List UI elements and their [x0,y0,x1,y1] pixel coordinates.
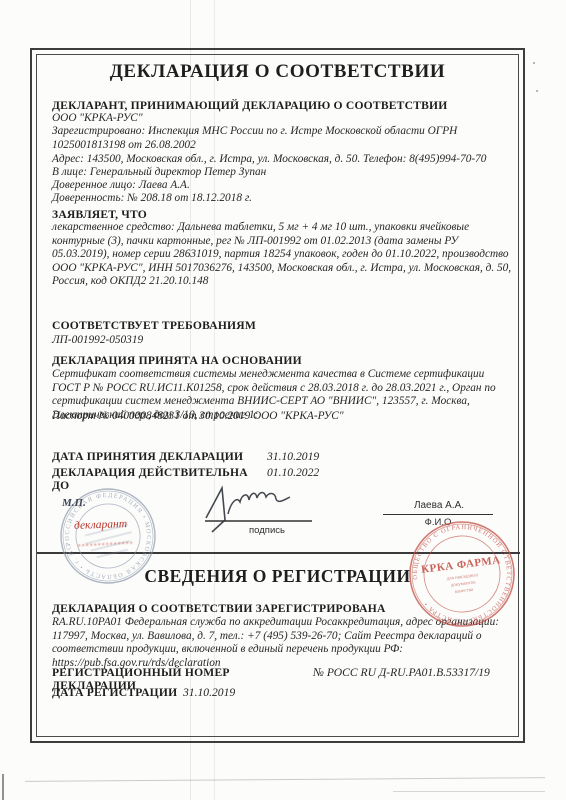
fio-name: Лаева А.А. [384,500,494,511]
registration-heading: ДЕКЛАРАЦИЯ О СООТВЕТСТВИИ ЗАРЕГИСТРИРОВА… [52,602,386,615]
basis-heading: ДЕКЛАРАЦИЯ ПРИНЯТА НА ОСНОВАНИИ [52,354,302,367]
registration-number-value: № РОСС RU Д-RU.РА01.В.53317/19 [313,666,490,692]
declares-heading: ЗАЯВЛЯЕТ, ЧТО [52,208,147,221]
scan-speck [533,62,535,64]
basis-passport: Паспорт № 040000848231 от 30.10.2019 ООО… [52,410,514,424]
declarant-note: декларант [74,518,127,532]
registration-date-row: ДАТА РЕГИСТРАЦИИ 31.10.2019 [52,686,235,699]
fio-caption: Ф.И.О [383,517,493,528]
declarant-heading: ДЕКЛАРАНТ, ПРИНИМАЮЩИЙ ДЕКЛАРАЦИЮ О СООТ… [52,99,448,112]
declarant-power-of-attorney: Доверенность: № 208.18 от 18.12.2018 г. [52,192,514,206]
registration-date-value: 31.10.2019 [183,686,235,699]
acceptance-date-label: ДАТА ПРИНЯТИЯ ДЕКЛАРАЦИИ [52,450,267,463]
declarant-trustee: Доверенное лицо: Лаева А.А. [52,179,514,193]
declarant-registered: Зарегистрировано: Инспекция МНС России п… [52,125,514,152]
section-divider [37,552,520,554]
scan-edge-mark [2,774,4,800]
complies-heading: СООТВЕТСТВУЕТ ТРЕБОВАНИЯМ [52,319,256,332]
declarant-company: ООО "КРКА-РУС" [52,112,514,126]
seal-place-label: М.П. [62,497,86,509]
signature-area [198,480,328,538]
acceptance-date-row: ДАТА ПРИНЯТИЯ ДЕКЛАРАЦИИ 31.10.2019 [52,450,319,463]
scan-speck [536,90,538,92]
registration-date-label: ДАТА РЕГИСТРАЦИИ [52,686,183,699]
complies-value: ЛП-001992-050319 [52,334,514,348]
signature-handwriting [228,493,290,514]
declarant-representative: В лице: Генеральный директор Петер Зупан [52,166,514,180]
signature-flourish [206,488,225,532]
product-description: лекарственное средство: Дальнева таблетк… [52,221,514,289]
acceptance-date-value: 31.10.2019 [267,450,319,463]
fold-crease-horizontal [25,777,545,782]
scanned-declaration-page: ДЕКЛАРАЦИЯ О СООТВЕТСТВИИ ДЕКЛАРАНТ, ПРИ… [0,0,566,800]
registration-title: СВЕДЕНИЯ О РЕГИСТРАЦИИ [30,566,525,587]
fio-line [383,514,493,515]
document-title: ДЕКЛАРАЦИЯ О СООТВЕТСТВИИ [30,61,525,83]
declarant-address: Адрес: 143500, Московская обл., г. Истра… [52,153,514,167]
fold-crease-horizontal [393,791,545,792]
registration-text: RA.RU.10РА01 Федеральная служба по аккре… [52,616,514,670]
